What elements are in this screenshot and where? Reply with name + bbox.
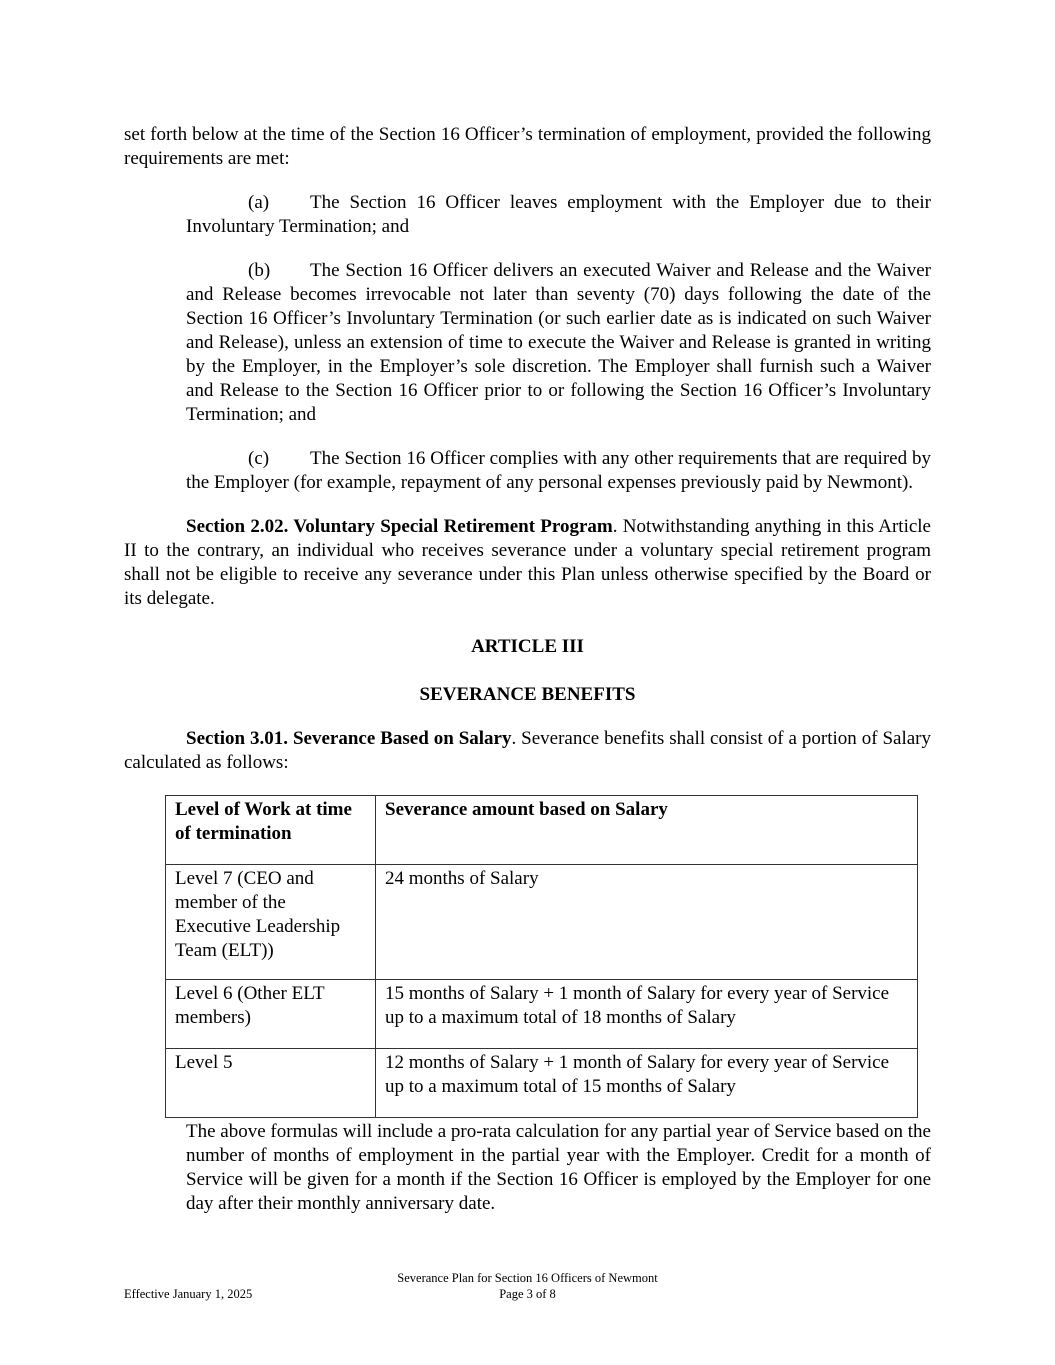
- requirement-c: (c)The Section 16 Officer complies with …: [186, 447, 931, 495]
- table-cell: 12 months of Salary + 1 month of Salary …: [376, 1049, 918, 1118]
- section-3-01: Section 3.01. Severance Based on Salary.…: [124, 727, 931, 775]
- table-cell: 15 months of Salary + 1 month of Salary …: [376, 980, 918, 1049]
- table-row: Level 5 12 months of Salary + 1 month of…: [166, 1049, 918, 1118]
- requirements-list: (a)The Section 16 Officer leaves employm…: [186, 191, 931, 495]
- intro-paragraph: set forth below at the time of the Secti…: [124, 123, 931, 171]
- table-cell: 24 months of Salary: [376, 865, 918, 980]
- requirement-label: (c): [248, 447, 310, 471]
- requirement-label: (b): [248, 259, 310, 283]
- article-number: ARTICLE III: [124, 635, 931, 659]
- table-row: Level 6 (Other ELT members) 15 months of…: [166, 980, 918, 1049]
- requirement-b: (b)The Section 16 Officer delivers an ex…: [186, 259, 931, 427]
- table-row: Level 7 (CEO and member of the Executive…: [166, 865, 918, 980]
- section-2-02: Section 2.02. Voluntary Special Retireme…: [124, 515, 931, 611]
- requirement-label: (a): [248, 191, 310, 215]
- requirement-a: (a)The Section 16 Officer leaves employm…: [186, 191, 931, 239]
- table-cell: Level 7 (CEO and member of the Executive…: [166, 865, 376, 980]
- after-table-paragraph: The above formulas will include a pro-ra…: [186, 1120, 931, 1216]
- article-title: SEVERANCE BENEFITS: [124, 683, 931, 707]
- table-cell: Level 5: [166, 1049, 376, 1118]
- table-header: Severance amount based on Salary: [376, 796, 918, 865]
- footer-title: Severance Plan for Section 16 Officers o…: [304, 1270, 751, 1286]
- footer-effective-date: Effective January 1, 2025: [124, 1286, 252, 1302]
- requirement-text: The Section 16 Officer delivers an execu…: [186, 260, 931, 425]
- footer-page-number: Page 3 of 8: [304, 1286, 751, 1302]
- document-page: set forth below at the time of the Secti…: [124, 123, 931, 1216]
- severance-table: Level of Work at time of termination Sev…: [165, 795, 918, 1118]
- table-header: Level of Work at time of termination: [166, 796, 376, 865]
- section-heading: Section 3.01. Severance Based on Salary: [186, 728, 511, 749]
- section-heading: Section 2.02. Voluntary Special Retireme…: [186, 516, 613, 537]
- table-cell: Level 6 (Other ELT members): [166, 980, 376, 1049]
- table-header-row: Level of Work at time of termination Sev…: [166, 796, 918, 865]
